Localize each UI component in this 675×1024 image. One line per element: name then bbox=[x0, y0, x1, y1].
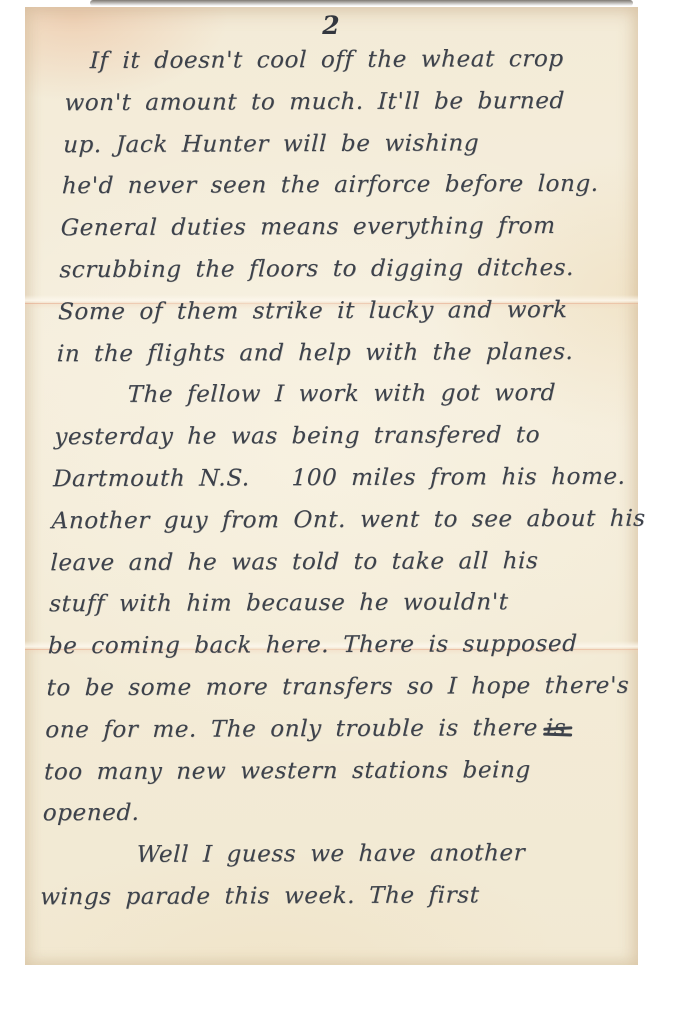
letter-line: to be some more transfers so I hope ther… bbox=[46, 666, 619, 710]
scanned-letter-page: 2 If it doesn't cool off the wheat cropw… bbox=[0, 0, 675, 1024]
letter-line-text: up. Jack Hunter will be wishing bbox=[63, 130, 480, 158]
letter-line-text: he'd never seen the airforce before long… bbox=[62, 171, 600, 199]
letter-line-text: one for me. The only trouble is there bbox=[45, 715, 538, 743]
letter-line: one for me. The only trouble is thereis bbox=[45, 708, 618, 752]
letter-line-text: leave and he was told to take all his bbox=[50, 548, 539, 576]
letter-line-text: scrubbing the floors to digging ditches. bbox=[59, 255, 574, 283]
letter-line-text: Dartmouth N.S. 100 miles from his home. bbox=[53, 464, 626, 493]
letter-line-text: stuff with him because he wouldn't bbox=[49, 590, 509, 618]
letter-line-text: Well I guess we have another bbox=[136, 840, 526, 868]
letter-paper: 2 If it doesn't cool off the wheat cropw… bbox=[25, 7, 638, 965]
letter-line-text: The fellow I work with got word bbox=[127, 380, 556, 408]
letter-line-text: wings parade this week. The first bbox=[40, 882, 480, 910]
letter-line-text: yesterday he was being transfered to bbox=[54, 422, 541, 450]
letter-line: If it doesn't cool off the wheat crop bbox=[65, 39, 638, 83]
letter-line-text: won't amount to much. It'll be burned bbox=[64, 88, 565, 116]
letter-line: leave and he was told to take all his bbox=[50, 540, 623, 584]
letter-line: Well I guess we have another bbox=[41, 833, 614, 877]
letter-line: Dartmouth N.S. 100 miles from his home. bbox=[52, 457, 625, 501]
letter-line-text: in the flights and help with the planes. bbox=[56, 339, 573, 367]
letter-line: Another guy from Ont. went to see about … bbox=[51, 499, 624, 543]
letter-line-text: Some of them strike it lucky and work bbox=[58, 297, 568, 325]
letter-line: too many new western stations being bbox=[43, 749, 616, 793]
letter-line: The fellow I work with got word bbox=[55, 373, 628, 417]
struck-out-word: is bbox=[545, 708, 567, 750]
letter-line-text: Another guy from Ont. went to see about … bbox=[51, 505, 646, 534]
page-number: 2 bbox=[25, 11, 638, 40]
letter-line: be coming back here. There is supposed bbox=[47, 624, 620, 668]
letter-line: wings parade this week. The first bbox=[40, 875, 613, 919]
letter-lines: If it doesn't cool off the wheat cropwon… bbox=[40, 39, 639, 919]
letter-line-text: be coming back here. There is supposed bbox=[48, 631, 578, 659]
letter-line-text: to be some more transfers so I hope ther… bbox=[46, 673, 629, 702]
letter-line: in the flights and help with the planes. bbox=[56, 331, 629, 375]
letter-line-text: opened. bbox=[42, 800, 140, 826]
letter-line: won't amount to much. It'll be burned bbox=[64, 80, 637, 124]
letter-line: he'd never seen the airforce before long… bbox=[61, 164, 634, 208]
letter-line: yesterday he was being transfered to bbox=[54, 415, 627, 459]
letter-line-text: too many new western stations being bbox=[44, 757, 532, 785]
letter-line: scrubbing the floors to digging ditches. bbox=[59, 248, 632, 292]
letter-line: Some of them strike it lucky and work bbox=[57, 290, 630, 334]
letter-line-text: General duties means everything from bbox=[60, 213, 556, 241]
letter-line-text: If it doesn't cool off the wheat crop bbox=[89, 46, 564, 74]
letter-line: General duties means everything from bbox=[60, 206, 633, 250]
letter-line: opened. bbox=[42, 791, 615, 835]
paper-top-edge-shadow bbox=[90, 0, 633, 6]
letter-line: stuff with him because he wouldn't bbox=[49, 582, 622, 626]
letter-line: up. Jack Hunter will be wishing bbox=[63, 122, 636, 166]
